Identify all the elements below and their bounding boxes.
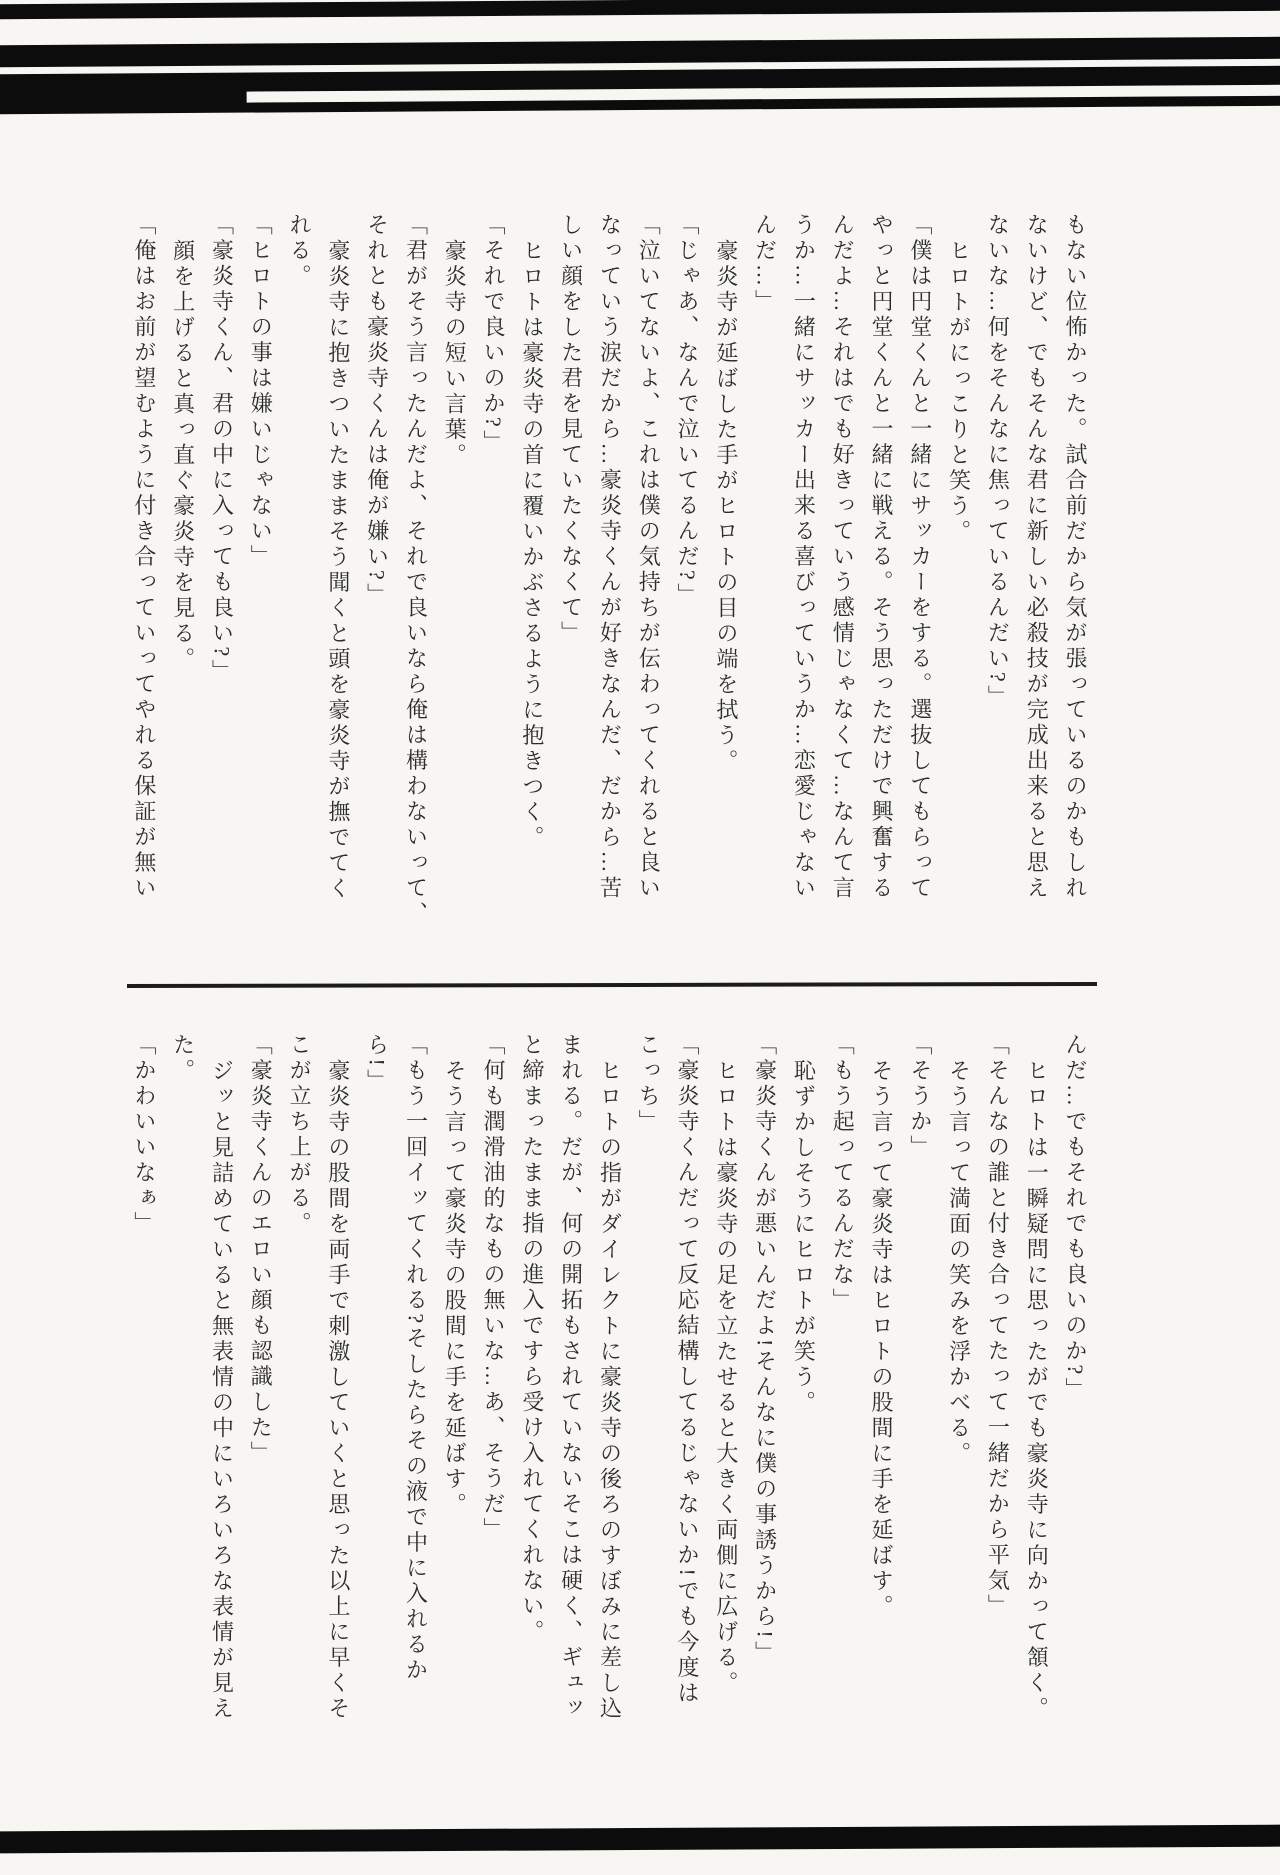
text-column: まれる。だが、何の開拓もされていないそこは硬く、ギュッ (551, 1033, 590, 1781)
text-column: そう言って豪炎寺はヒロトの股間に手を延ばす。 (861, 1033, 900, 1781)
text-column: ないな…何をそんなに焦っているんだい?」 (978, 213, 1017, 961)
text-column: こっち」 (628, 1033, 667, 1781)
text-column: 「君がそう言ったんだよ、それで良いなら俺は構わないって、 (396, 213, 435, 961)
text-column: ヒロトは豪炎寺の首に覆いかぶさるように抱きつく。 (512, 213, 551, 961)
text-column: 豪炎寺の股間を両手で刺激していくと思った以上に早くそ (318, 1033, 357, 1781)
page: もない位怖かった。試合前だから気が張っているのかもしれないけど、でもそんな君に新… (0, 0, 1280, 1875)
text-column: ヒロトがにっこりと笑う。 (939, 213, 978, 961)
text-column: 「かわいいなぁ」 (124, 1033, 163, 1781)
text-column: 「もう起ってるんだな」 (822, 1033, 861, 1781)
text-column: こが立ち上がる。 (279, 1033, 318, 1781)
text-column: 「もう一回イッてくれる?そしたらその液で中に入れるか (396, 1033, 435, 1781)
bottom-stripe (0, 1825, 1280, 1854)
text-column: 「そうか」 (900, 1033, 939, 1781)
text-column: ないけど、でもそんな君に新しい必殺技が完成出来ると思え (1016, 213, 1055, 961)
text-column: 「ヒロトの事は嫌いじゃない」 (240, 213, 279, 961)
text-column: ら!」 (357, 1033, 396, 1781)
text-column: と締まったまま指の進入ですら受け入れてくれない。 (512, 1033, 551, 1781)
top-decor-stripes (0, 0, 1280, 134)
text-column: れる。 (279, 213, 318, 961)
text-column: 「じゃあ、なんで泣いてるんだ?」 (667, 213, 706, 961)
text-column: それとも豪炎寺くんは俺が嫌い?」 (357, 213, 396, 961)
text-column: 「何も潤滑油的なもの無いな…あ、そうだ」 (473, 1033, 512, 1781)
text-column: うか…一緒にサッカー出来る喜びっていうか…恋愛じゃない (784, 213, 823, 961)
text-column: しい顔をした君を見ていたくなくて」 (551, 213, 590, 961)
text-column: 「僕は円堂くんと一緒にサッカーをする。選抜してもらって (900, 213, 939, 961)
text-column: た。 (163, 1033, 202, 1781)
text-column: 恥ずかしそうにヒロトが笑う。 (784, 1033, 823, 1781)
top-stripe-1 (0, 0, 1280, 19)
text-column: 「豪炎寺くんだって反応結構してるじゃないか!でも今度は (667, 1033, 706, 1781)
text-column: んだよ…それはでも好きっていう感情じゃなくて…なんて言 (822, 213, 861, 961)
upper-text-block: もない位怖かった。試合前だから気が張っているのかもしれないけど、でもそんな君に新… (122, 213, 1094, 961)
text-column: んだ…」 (745, 213, 784, 961)
text-column: 「豪炎寺くんが悪いんだよ!そんなに僕の事誘うから!」 (745, 1033, 784, 1781)
text-column: もない位怖かった。試合前だから気が張っているのかもしれ (1055, 213, 1094, 961)
text-column: 豪炎寺が延ばした手がヒロトの目の端を拭う。 (706, 213, 745, 961)
lower-text-block: んだ…でもそれでも良いのか?」ヒロトは一瞬疑問に思ったがでも豪炎寺に向かって頷く… (122, 1033, 1094, 1781)
text-column: 「泣いてないよ、これは僕の気持ちが伝わってくれると良い (628, 213, 667, 961)
text-column: 「それで良いのか?」 (473, 213, 512, 961)
text-column: 「豪炎寺くん、君の中に入っても良い?」 (202, 213, 241, 961)
top-stripe-2 (0, 37, 1280, 68)
text-column: ヒロトは豪炎寺の足を立たせると大きく両側に広げる。 (706, 1033, 745, 1781)
text-column: 「そんなの誰と付き合ってたって一緒だから平気」 (978, 1033, 1017, 1781)
text-column: 「俺はお前が望むように付き合っていってやれる保証が無い (124, 213, 163, 961)
text-column: やっと円堂くんと一緒に戦える。そう思っただけで興奮する (861, 213, 900, 961)
text-column: なっていう涙だから…豪炎寺くんが好きなんだ、だから…苦 (590, 213, 629, 961)
text-column: ヒロトは一瞬疑問に思ったがでも豪炎寺に向かって頷く。 (1016, 1033, 1055, 1781)
section-divider-rule (127, 982, 1097, 988)
text-column: そう言って満面の笑みを浮かべる。 (939, 1033, 978, 1781)
text-column: ジッと見詰めていると無表情の中にいろいろな表情が見え (202, 1033, 241, 1781)
text-column: 顔を上げると真っ直ぐ豪炎寺を見る。 (163, 213, 202, 961)
text-column: 豪炎寺の短い言葉。 (434, 213, 473, 961)
text-column: 豪炎寺に抱きついたままそう聞くと頭を豪炎寺が撫でてく (318, 213, 357, 961)
text-column: 「豪炎寺くんのエロい顔も認識した」 (240, 1033, 279, 1781)
text-column: ヒロトの指がダイレクトに豪炎寺の後ろのすぼみに差し込 (590, 1033, 629, 1781)
text-column: んだ…でもそれでも良いのか?」 (1055, 1033, 1094, 1781)
text-column: そう言って豪炎寺の股間に手を延ばす。 (434, 1033, 473, 1781)
